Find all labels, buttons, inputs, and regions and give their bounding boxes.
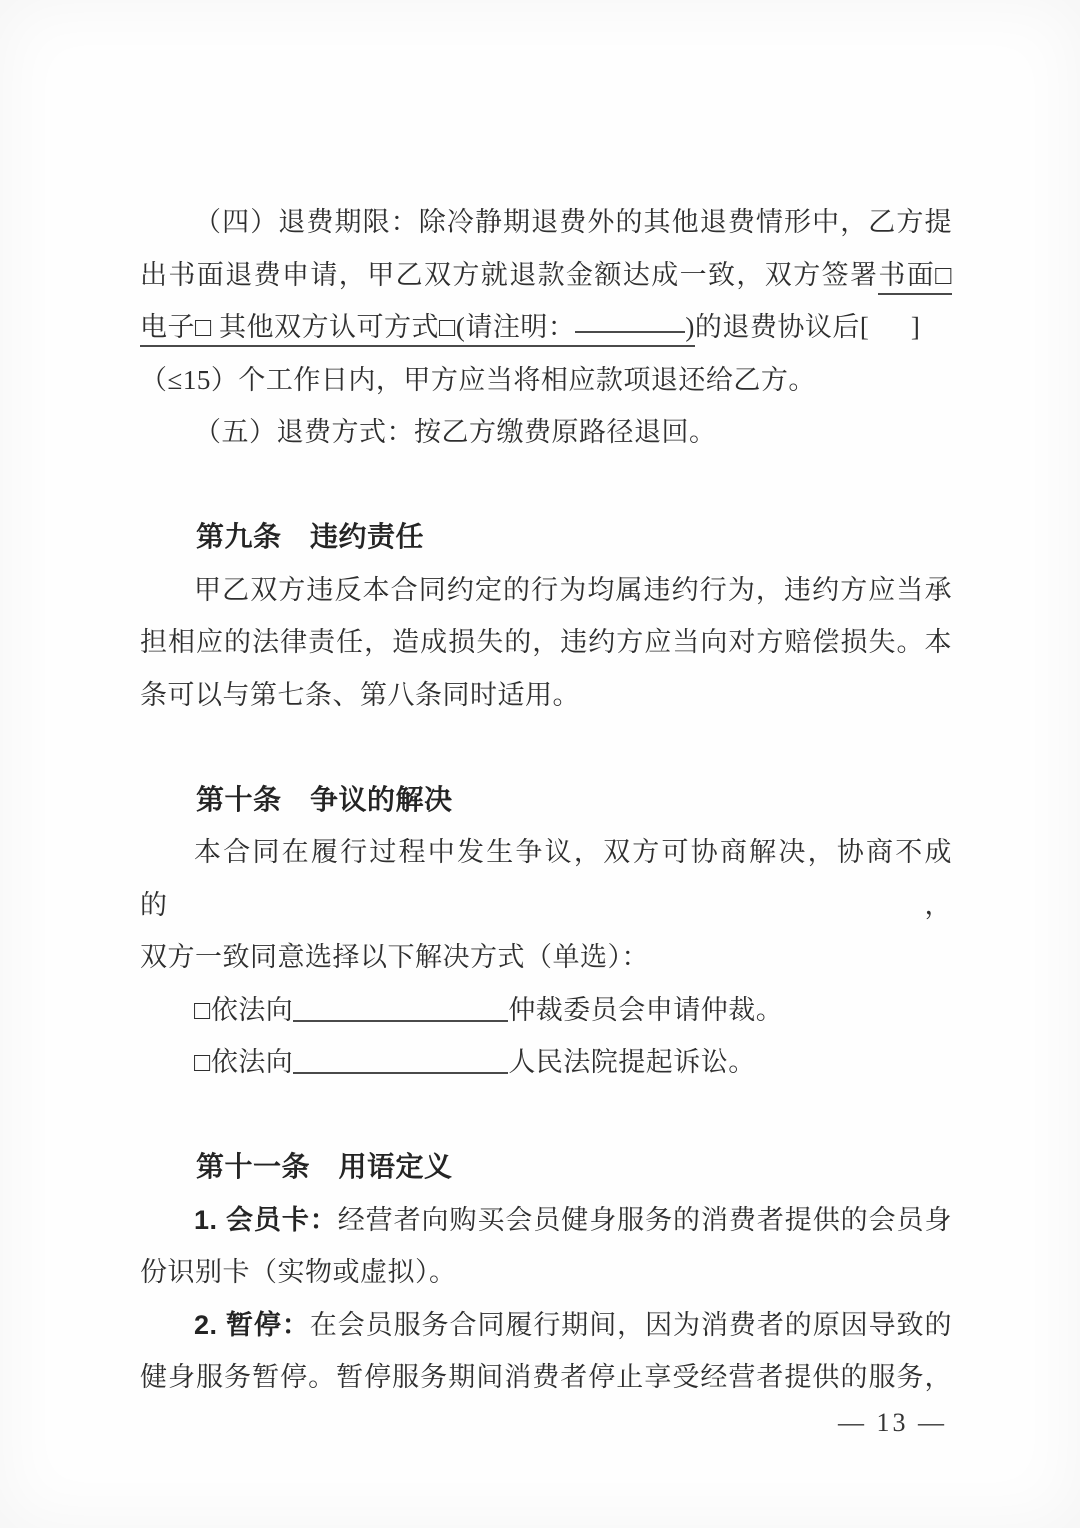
page-content: （四）退费期限：除冷静期退费外的其他退费情形中，乙方提 出书面退费申请，甲乙双方…	[140, 196, 952, 1404]
definition-1-line-1: 1. 会员卡：经营者向购买会员健身服务的消费者提供的会员身	[140, 1194, 952, 1247]
text-segment: 依法向	[211, 1047, 294, 1077]
text-segment: 经营者向购买会员健身服务的消费者提供的会员身	[338, 1205, 952, 1235]
text-segment: 依法向	[211, 995, 294, 1025]
underlined-option-written: 书面□	[878, 260, 952, 295]
checkbox-icon: □	[194, 1047, 211, 1077]
clause-9-body-line-1: 甲乙双方违反本合同约定的行为均属违约行为，违约方应当承	[140, 564, 952, 617]
definition-term-suspension: 2. 暂停：	[194, 1310, 310, 1340]
refund-period-line-2: 出书面退费申请，甲乙双方就退款金额达成一致，双方签署书面□	[140, 249, 952, 302]
clause-10-body-line-2: 双方一致同意选择以下解决方式（单选）：	[140, 931, 952, 984]
refund-period-line-1: （四）退费期限：除冷静期退费外的其他退费情形中，乙方提	[140, 196, 952, 249]
refund-method-line: （五）退费方式：按乙方缴费原路径退回。	[140, 406, 952, 459]
litigation-option-line: □依法向人民法院提起诉讼。	[140, 1036, 952, 1089]
fill-in-blank	[575, 307, 685, 333]
text-segment: 仲裁委员会申请仲裁。	[508, 995, 783, 1025]
text-segment: )	[685, 312, 695, 342]
text-segment: 出书面退费申请，甲乙双方就退款金额达成一致，双方签署	[140, 260, 878, 290]
refund-period-line-3: 电子□ 其他双方认可方式□(请注明：)的退费协议后[ ]	[140, 301, 952, 354]
clause-9-heading: 第九条 违约责任	[140, 511, 952, 564]
arbitration-option-line: □依法向仲裁委员会申请仲裁。	[140, 984, 952, 1037]
text-segment: 在会员服务合同履行期间，因为消费者的原因导致的	[310, 1310, 952, 1340]
underlined-option-methods: 电子□ 其他双方认可方式□(请注明：)	[140, 312, 695, 347]
text-segment: 电子□ 其他双方认可方式□(请注明：	[140, 312, 575, 342]
clause-10-heading: 第十条 争议的解决	[140, 774, 952, 827]
contract-page: （四）退费期限：除冷静期退费外的其他退费情形中，乙方提 出书面退费申请，甲乙双方…	[0, 0, 1080, 1528]
clause-10-body-line-1: 本合同在履行过程中发生争议，双方可协商解决，协商不成的，	[140, 826, 952, 931]
definition-2-line-2: 健身服务暂停。暂停服务期间消费者停止享受经营者提供的服务，	[140, 1351, 952, 1404]
fill-in-blank	[293, 1048, 508, 1074]
definition-2-line-1: 2. 暂停：在会员服务合同履行期间，因为消费者的原因导致的	[140, 1299, 952, 1352]
clause-9-body-line-2: 担相应的法律责任，造成损失的，违约方应当向对方赔偿损失。本	[140, 616, 952, 669]
clause-9-body-line-3: 条可以与第七条、第八条同时适用。	[140, 669, 952, 722]
text-segment: 人民法院提起诉讼。	[508, 1047, 756, 1077]
refund-period-line-4: （≤15）个工作日内，甲方应当将相应款项退还给乙方。	[140, 354, 952, 407]
definition-term-membership-card: 1. 会员卡：	[194, 1205, 338, 1235]
page-number: — 13 —	[838, 1408, 947, 1438]
checkbox-icon: □	[194, 995, 211, 1025]
text-segment: 的退费协议后[ ]	[695, 312, 920, 342]
fill-in-blank	[293, 995, 508, 1021]
definition-1-line-2: 份识别卡（实物或虚拟）。	[140, 1246, 952, 1299]
clause-11-heading: 第十一条 用语定义	[140, 1141, 952, 1194]
